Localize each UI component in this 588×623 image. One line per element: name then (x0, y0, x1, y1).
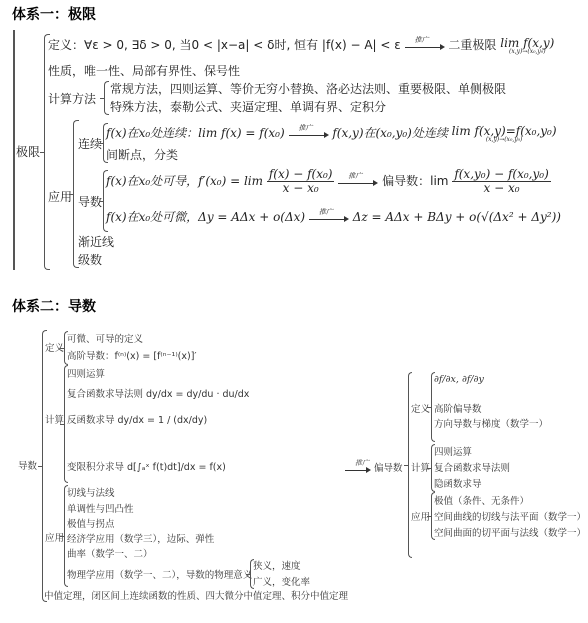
arrow-icon: 推广 (289, 129, 329, 139)
arrow-icon: 推广 (405, 41, 445, 51)
def-item: 可微、可导的定义 (67, 331, 143, 345)
physics-item: 狭义，速度 (253, 558, 301, 572)
series-item: 级数 (78, 251, 102, 268)
asymptote-item: 渐近线 (78, 233, 114, 250)
partial-def-item: 方向导数与梯度（数学一） (434, 416, 548, 430)
def-label: 定义 (45, 340, 64, 354)
calc-brace (104, 81, 109, 115)
partial-app-item: 空间曲面的切平面与法线（数学一） (434, 525, 586, 539)
partial-app-item: 空间曲线的切线与法平面（数学一） (434, 509, 586, 523)
arrow-icon: 推广 (345, 464, 371, 474)
calc-item: 四则运算 (67, 366, 105, 380)
arrow-icon: 推广 (338, 177, 378, 187)
section2-title: 体系二：导数 (12, 296, 96, 316)
partial-root: 偏导数 (374, 463, 403, 474)
calc-item: 变限积分求导 d[∫ₐˣ f(t)dt]/dx = f(x) (67, 459, 226, 473)
double-limit-label: 二重极限 (448, 38, 496, 52)
derivative-root: 导数 (18, 458, 37, 472)
mean-value-theorem: 中值定理，闭区间上连续函数的性质、四大微分中值定理、积分中值定理 (44, 588, 348, 602)
limit-definition: 定义：∀ε > 0, ∃δ > 0, 当0 < |x−a| < δ时, 恒有 |… (48, 36, 554, 55)
partial-calc-item: 复合函数求导法则 (434, 460, 510, 474)
app-item: 曲率（数学一、二） (67, 546, 153, 560)
derivative-line2: f(x)在x₀处可微，Δy = AΔx + o(Δx) 推广 Δz = AΔx … (106, 208, 561, 225)
limit-property: 性质，唯一性、局部有界性、保号性 (48, 62, 240, 79)
outer-bracket-line (13, 30, 15, 270)
app-item: 单调性与凹凸性 (67, 501, 134, 515)
app-item: 物理学应用（数学一、二），导数的物理意义 (67, 567, 252, 581)
derivative-brace (42, 330, 47, 602)
partial-calc-label: 计算 (411, 460, 430, 474)
continuity-line1: f(x)在x₀处连续：lim f(x) = f(x₀) 推广 f(x,y)在(x… (106, 124, 557, 143)
definition-text: 定义：∀ε > 0, ∃δ > 0, 当0 < |x−a| < δ时, 恒有 |… (48, 38, 401, 52)
physics-item: 广义，变化率 (253, 574, 310, 588)
calc-item-special: 特殊方法，泰勒公式、夹逼定理、单调有界、定积分 (110, 98, 386, 115)
section1-title: 体系一：极限 (12, 4, 96, 24)
partial-def-item: ∂f/∂x, ∂f/∂y (434, 374, 484, 385)
partial-app-item: 极值（条件、无条件） (434, 493, 529, 507)
app-item: 切线与法线 (67, 485, 115, 499)
calc-item-regular: 常规方法，四则运算、等价无穷小替换、洛必达法则、重要极限、单侧极限 (110, 80, 506, 97)
partial-arrow: 推广 偏导数 (345, 460, 403, 474)
app-item: 经济学应用（数学三），边际、弹性 (67, 531, 214, 545)
calc-item: 反函数求导 dy/dx = 1 / (dx/dy) (67, 412, 207, 426)
derivative-line1: f(x)在x₀处可导，f′(x₀) = lim f(x) − f(x₀)x − … (106, 168, 551, 195)
calc-method-label: 计算方法 (48, 90, 96, 107)
partial-calc-item: 隐函数求导 (434, 476, 482, 490)
app-item: 极值与拐点 (67, 516, 115, 530)
def-item: 高阶导数：f⁽ⁿ⁾(x) = [f⁽ⁿ⁻¹⁾(x)]′ (67, 348, 197, 362)
continuity-line2: 间断点，分类 (106, 146, 178, 163)
calc-item: 复合函数求导法则 dy/dx = dy/du · du/dx (67, 386, 249, 400)
partial-def-item: 高阶偏导数 (434, 401, 482, 415)
app-label: 应用 (48, 188, 72, 205)
double-limit-math: lim f(x,y)(x,y)→(x₀,y₀) (500, 37, 554, 55)
arrow-icon: 推广 (309, 213, 349, 223)
limit-root: 极限 (16, 143, 40, 160)
partial-calc-item: 四则运算 (434, 444, 472, 458)
